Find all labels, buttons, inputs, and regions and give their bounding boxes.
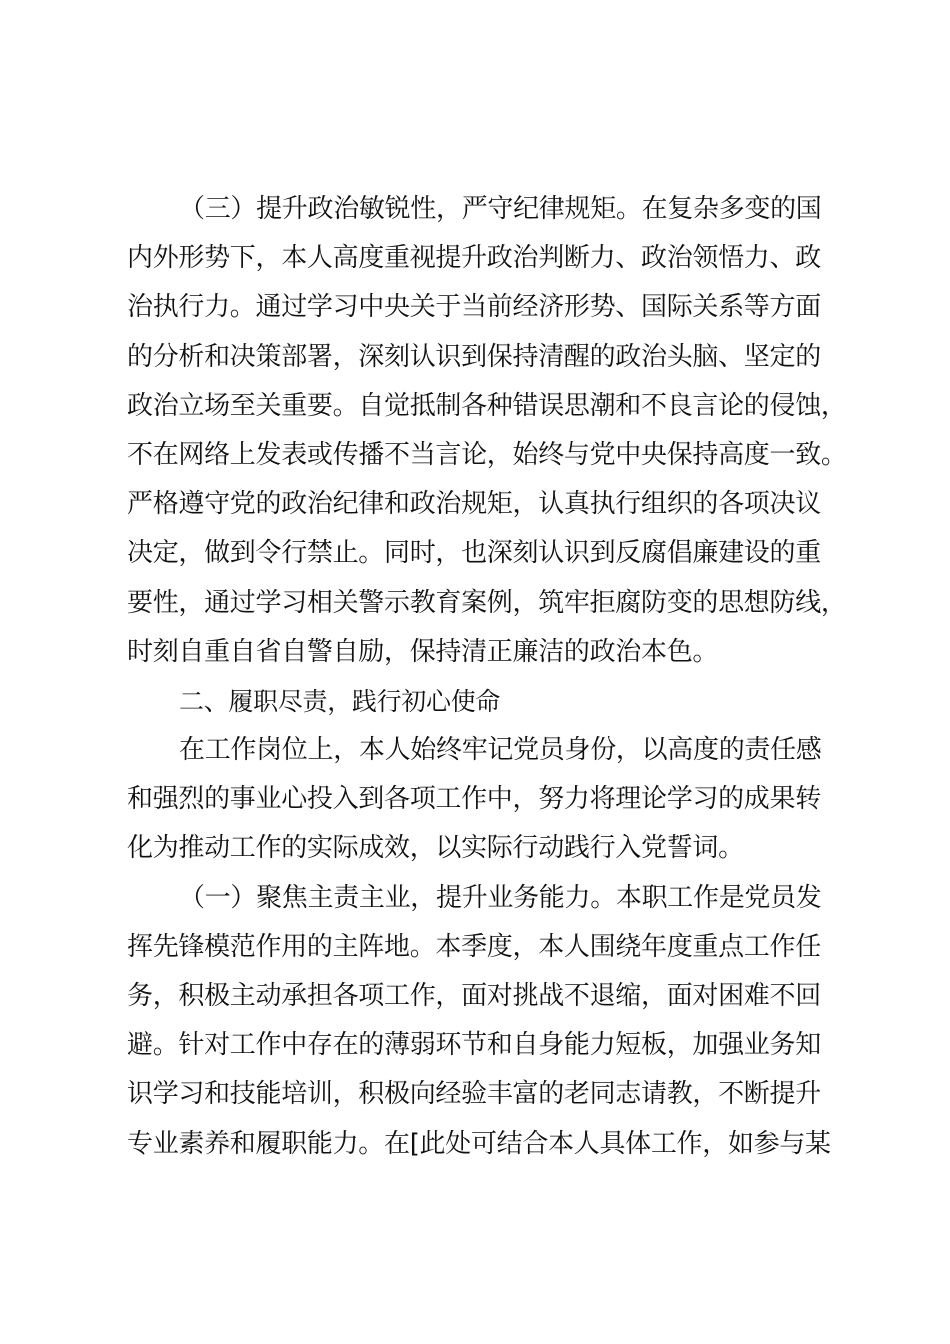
paragraph-line: 挥先锋模范作用的主阵地。本季度，本人围绕年度重点工作任: [127, 923, 837, 972]
paragraph-line: 专业素养和履职能力。在[此处可结合本人具体工作，如参与某: [127, 1120, 837, 1169]
paragraph-line: 政治立场至关重要。自觉抵制各种错误思潮和不良言论的侵蚀，: [127, 382, 837, 431]
paragraph-line: 在工作岗位上，本人始终牢记党员身份，以高度的责任感: [127, 726, 837, 775]
paragraph-line: 治执行力。通过学习中央关于当前经济形势、国际关系等方面: [127, 283, 837, 332]
paragraph-line: 决定，做到令行禁止。同时，也深刻认识到反腐倡廉建设的重: [127, 529, 837, 578]
paragraph-line: 避。针对工作中存在的薄弱环节和自身能力短板，加强业务知: [127, 1021, 837, 1070]
document-page: （三）提升政治敏锐性，严守纪律规矩。在复杂多变的国 内外形势下，本人高度重视提升…: [127, 185, 837, 1169]
paragraph-line: （三）提升政治敏锐性，严守纪律规矩。在复杂多变的国: [127, 185, 837, 234]
paragraph-line: 的分析和决策部署，深刻认识到保持清醒的政治头脑、坚定的: [127, 333, 837, 382]
section-heading: 二、履职尽责，践行初心使命: [127, 677, 837, 726]
paragraph-line: 化为推动工作的实际成效，以实际行动践行入党誓词。: [127, 824, 837, 873]
paragraph-line: （一）聚焦主责主业，提升业务能力。本职工作是党员发: [127, 874, 837, 923]
paragraph-line: 不在网络上发表或传播不当言论，始终与党中央保持高度一致。: [127, 431, 837, 480]
paragraph-line: 内外形势下，本人高度重视提升政治判断力、政治领悟力、政: [127, 234, 837, 283]
paragraph-line: 和强烈的事业心投入到各项工作中，努力将理论学习的成果转: [127, 775, 837, 824]
paragraph-line: 要性，通过学习相关警示教育案例，筑牢拒腐防变的思想防线，: [127, 579, 837, 628]
paragraph-line: 时刻自重自省自警自励，保持清正廉洁的政治本色。: [127, 628, 837, 677]
paragraph-line: 务，积极主动承担各项工作，面对挑战不退缩，面对困难不回: [127, 972, 837, 1021]
paragraph-line: 严格遵守党的政治纪律和政治规矩，认真执行组织的各项决议: [127, 480, 837, 529]
paragraph-line: 识学习和技能培训，积极向经验丰富的老同志请教，不断提升: [127, 1070, 837, 1119]
